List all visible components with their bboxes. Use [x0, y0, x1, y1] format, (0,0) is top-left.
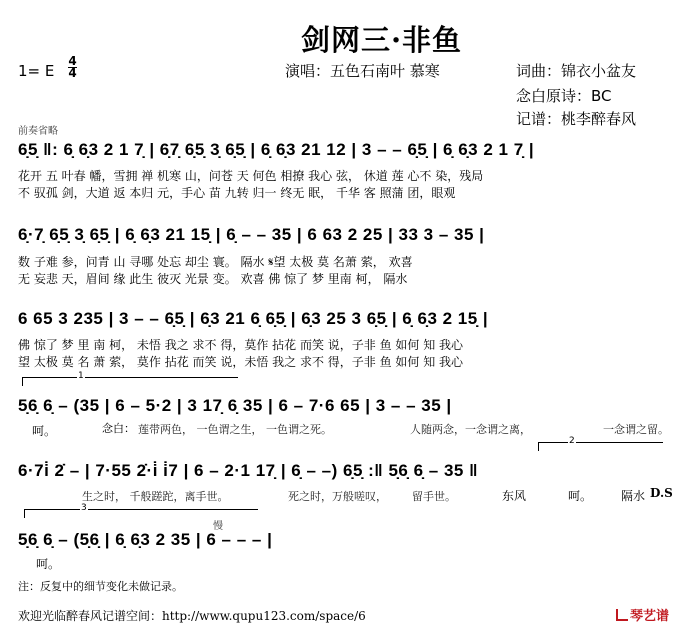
dal-segno-mark: D.S — [650, 486, 673, 500]
transcriber-credit: 记谱：桃李醉春风 — [516, 108, 636, 129]
narration-label: 念白： — [102, 420, 135, 436]
lyrics-row-3-verse-2: 望 太极 莫 名 萧 萦， 莫作 拈花 而笑 说，未悟 我之 求不 得，子非 鱼… — [18, 353, 463, 370]
lyrics-row-6: 呵。 — [36, 555, 60, 572]
lyric-he: 呵。 — [568, 487, 592, 504]
lyricist-credit: 词曲：锦衣小盆友 — [516, 60, 636, 81]
score-row-3: 6 65 3 235 | 3 – – 6̣5̣ | 6̣3 21 6̣ 6̣5̣… — [18, 309, 488, 327]
volta-bracket-3: 3 — [24, 509, 258, 510]
score-row-5: 6·7i̇ 2̇ – | 7·55 2̇·i̇ i̇7 | 6 – 2·1 17… — [18, 461, 478, 479]
lyric-dongfeng: 东风 — [502, 487, 526, 504]
footer-link[interactable]: 欢迎光临醉春风记谱空间：http://www.qupu123.com/space… — [18, 607, 366, 624]
lyrics-row-1-verse-1: 花开 五 叶春 幡，雪拥 禅 机寒 山，问苍 天 何色 相撩 我心 弦， 休道 … — [18, 167, 483, 184]
logo-mark-icon — [616, 609, 628, 621]
lyric-geshui: 隔水 — [621, 487, 645, 504]
lyrics-row-2-verse-2: 无 妄悲 天，眉间 缘 此生 彼灭 光景 变。 欢喜 佛 惊了 梦 里南 柯， … — [18, 270, 407, 287]
narration-line-5: 死之时，万般嗟叹， — [288, 488, 387, 504]
narration-line-4: 生之时， 千般蹉跎，离手世。 — [82, 488, 229, 504]
lyrics-row-1-verse-2: 不 驭孤 剑，大道 返 本归 元，手心 苗 九转 归一 终无 眠， 千华 客 照… — [18, 184, 455, 201]
score-row-1: 6̣5̣ ‖: 6̣ 6̣3 2 1 7̣ | 6̣7̣ 6̣5̣ 3̣ 6̣5… — [18, 140, 534, 158]
volta-bracket-2: 2 — [538, 442, 663, 443]
prelude-note: 前奏省略 — [18, 122, 58, 137]
narration-line-1: 莲带两色， 一色谓之生， 一色谓之死。 — [138, 421, 332, 437]
lyrics-row-2-verse-1: 数 子难 参，问青 山 寻哪 处忘 却尘 寰。 隔水 𝄋望 太极 莫 名萧 萦，… — [18, 253, 413, 270]
narration-line-3: 一念谓之留。 — [603, 421, 669, 437]
lyrics-row-3-verse-1: 佛 惊了 梦 里 南 柯， 未悟 我之 求不 得，莫作 拈花 而笑 说，子非 鱼… — [18, 336, 463, 353]
footer-note: 注：反复中的细节变化未做记录。 — [18, 578, 183, 594]
key-signature: 1= E — [18, 62, 54, 80]
volta-bracket-1: 1 — [22, 377, 238, 378]
score-row-2: 6̣·7̣ 6̣5̣ 3̣ 6̣5̣ | 6̣ 6̣3 21 15̣ | 6̣ … — [18, 225, 484, 243]
time-signature: 4 4 — [68, 56, 77, 79]
qinyipu-logo: 琴艺谱 — [616, 605, 669, 624]
score-row-6: 5̣6̣ 6̣ – (5̣6̣ | 6̣ 6̣3 2 35 | 6 – – – … — [18, 530, 272, 548]
narration-line-2: 人随两念，一念谓之离， — [410, 421, 531, 437]
score-row-4: 5̣6̣ 6̣ – (35 | 6 – 5·2 | 3 17̣ 6̣ 35 | … — [18, 396, 452, 414]
narration-line-6: 留手世。 — [412, 488, 456, 504]
singer-credit: 演唱：五色石南叶 慕寒 — [285, 60, 440, 81]
lyrics-row-4: 呵。 — [32, 422, 56, 439]
song-title: 剑网三·非鱼 — [0, 18, 683, 59]
poem-credit: 念白原诗：BC — [516, 85, 612, 106]
